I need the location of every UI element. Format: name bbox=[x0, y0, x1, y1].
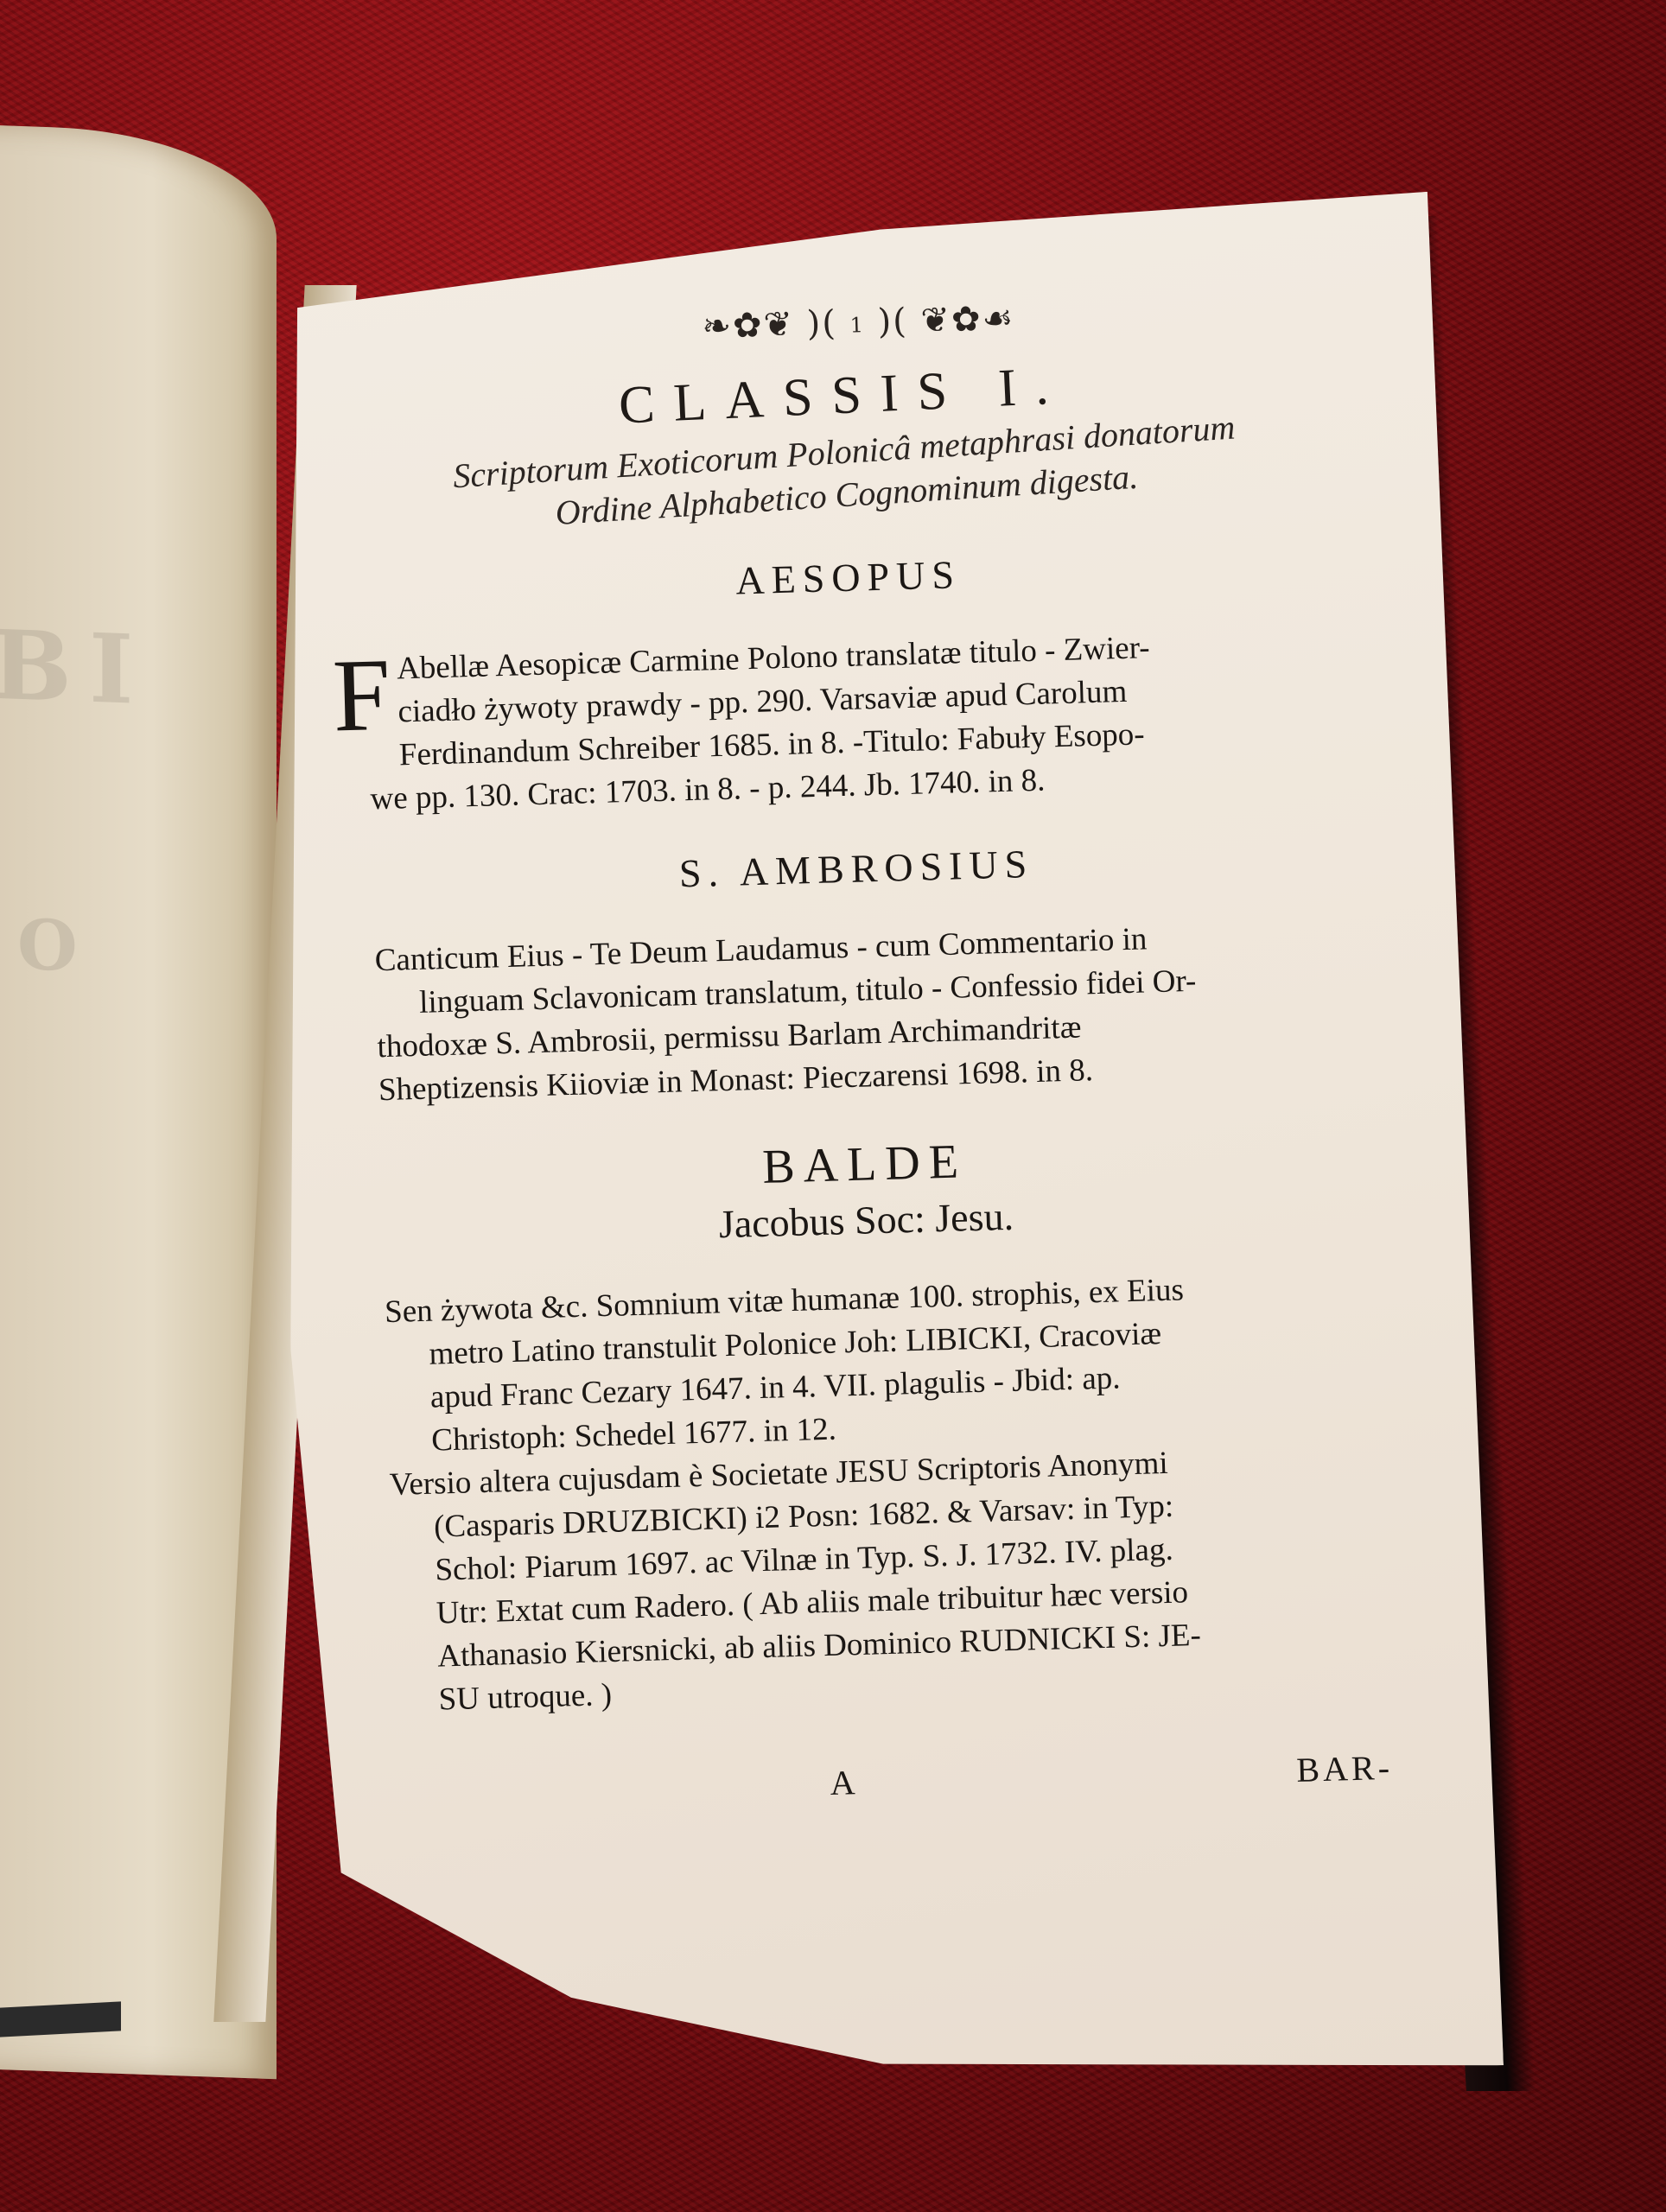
entry-aesopus: F Abellæ Aesopicæ Carmine Polono transla… bbox=[332, 620, 1373, 822]
signature-mark: A bbox=[830, 1762, 859, 1803]
ornament-right-icon: ❦✿☙ bbox=[920, 298, 1015, 340]
left-page-bleed-text: O bbox=[17, 904, 78, 987]
entry-balde: Sen żywota &c. Somnium vitæ humanæ 100. … bbox=[350, 1263, 1398, 1724]
drop-cap: F bbox=[332, 652, 392, 740]
ornament-left-icon: ❧✿❦ bbox=[702, 304, 795, 346]
page-footer: A BAR- bbox=[363, 1747, 1401, 1827]
entry-heading-aesopus: AESOPUS bbox=[329, 540, 1367, 614]
right-page: ❧✿❦ )( 1 )( ❦✿☙ CLASSIS I. Scriptorum Ex… bbox=[259, 191, 1504, 2099]
page-header-ornament: ❧✿❦ )( 1 )( ❦✿☙ bbox=[357, 289, 1360, 356]
catchword: BAR- bbox=[1296, 1747, 1394, 1790]
left-page-bleed-text: BI bbox=[0, 609, 150, 726]
page-content: ❧✿❦ )( 1 )( ❦✿☙ CLASSIS I. Scriptorum Ex… bbox=[322, 289, 1401, 1827]
entry-heading-ambrosius: S. AMBROSIUS bbox=[338, 831, 1376, 906]
page-number: 1 bbox=[849, 313, 865, 337]
entry-ambrosius: Canticum Eius - Te Deum Laudamus - cum C… bbox=[340, 912, 1381, 1113]
